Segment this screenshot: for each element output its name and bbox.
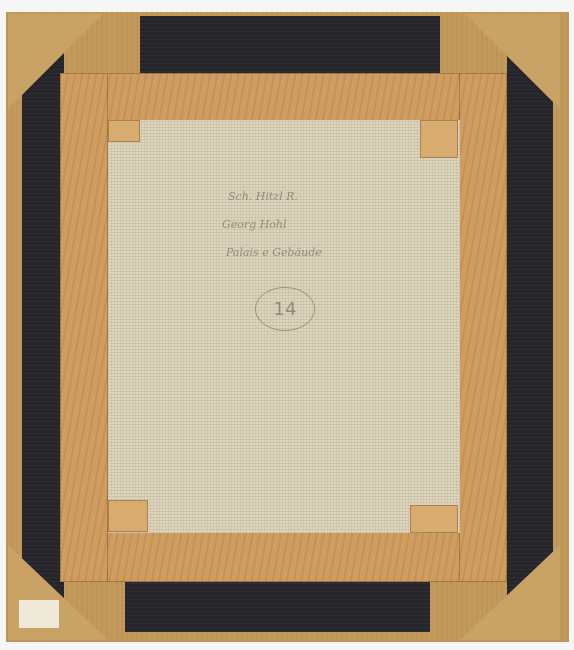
corner-key-top-right: [420, 120, 458, 158]
paper-label: [19, 600, 59, 628]
corner-key-bottom-left: [108, 500, 148, 532]
corner-key-top-left: [108, 120, 140, 142]
frame-top-dark-band: [140, 16, 440, 76]
circled-inventory-number: 14: [255, 287, 315, 331]
stretcher-bar-right: [459, 73, 507, 582]
stretcher-bar-bottom: [60, 532, 507, 582]
corner-key-bottom-right: [410, 505, 458, 533]
stretcher-bar-top: [60, 73, 507, 121]
frame-bottom-dark-band: [125, 580, 430, 632]
inscription-line-3: Palais e Gebäude: [226, 246, 322, 259]
frame-left-dark-band: [22, 30, 64, 610]
stretcher-bar-left: [60, 73, 108, 582]
inscription-line-1: Sch. Hitzl R.: [228, 190, 298, 203]
frame-right-dark-band: [507, 30, 553, 610]
inventory-number: 14: [274, 299, 297, 320]
inscription-line-2: Georg Hohl: [222, 218, 287, 231]
